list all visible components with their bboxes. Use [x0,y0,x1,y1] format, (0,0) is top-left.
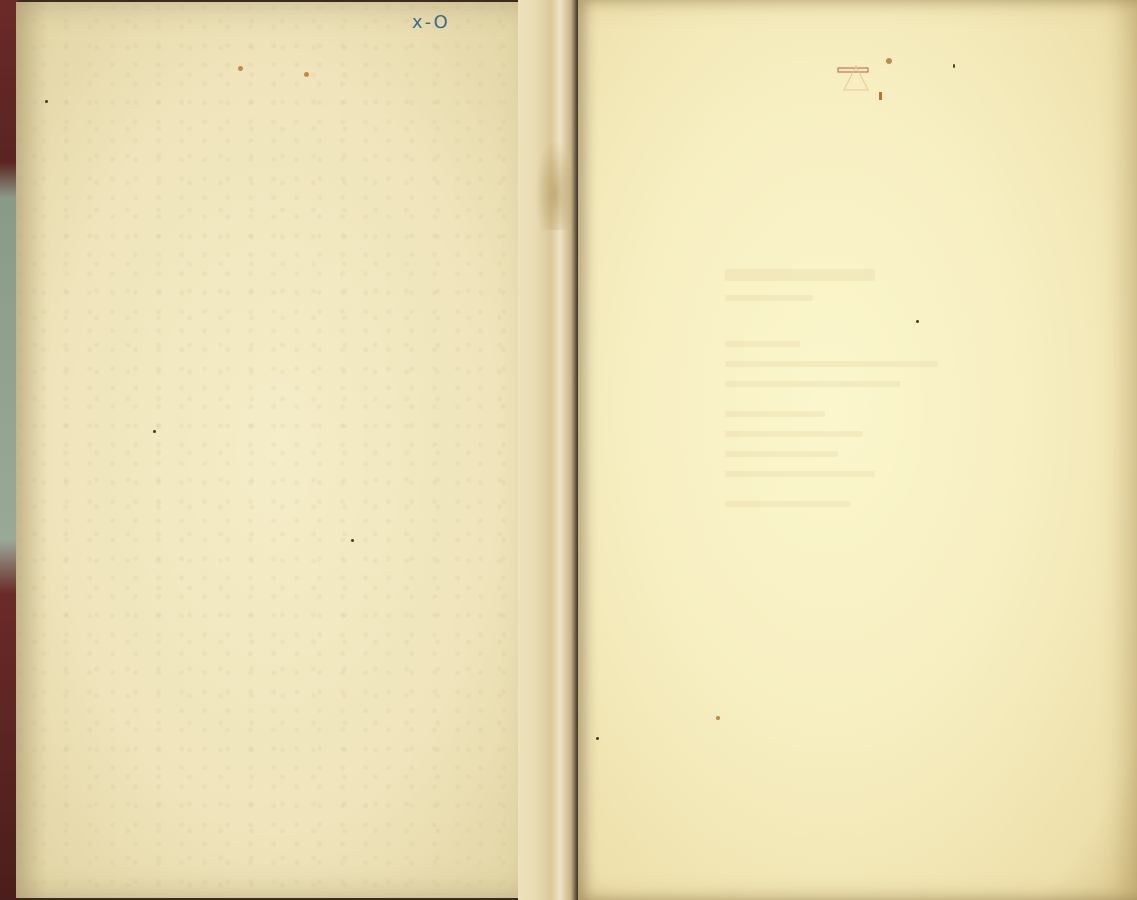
dust-speck [45,100,48,103]
left-page [16,2,536,898]
foxing-spot [304,72,309,77]
pen-annotation: x-O [412,12,482,40]
dust-speck [153,430,156,433]
dust-speck [916,320,919,323]
foxing-spot [238,66,243,71]
library-stamp-mark [836,60,886,110]
dust-speck [351,539,354,542]
left-page-margin-shadow [16,2,46,898]
dust-speck [953,64,955,68]
dust-speck [596,737,599,740]
foxing-spot [716,716,720,720]
foxing-spot [886,58,892,64]
bleed-through-text [715,255,965,615]
book-gutter [518,0,578,900]
gutter-stain [535,140,575,230]
